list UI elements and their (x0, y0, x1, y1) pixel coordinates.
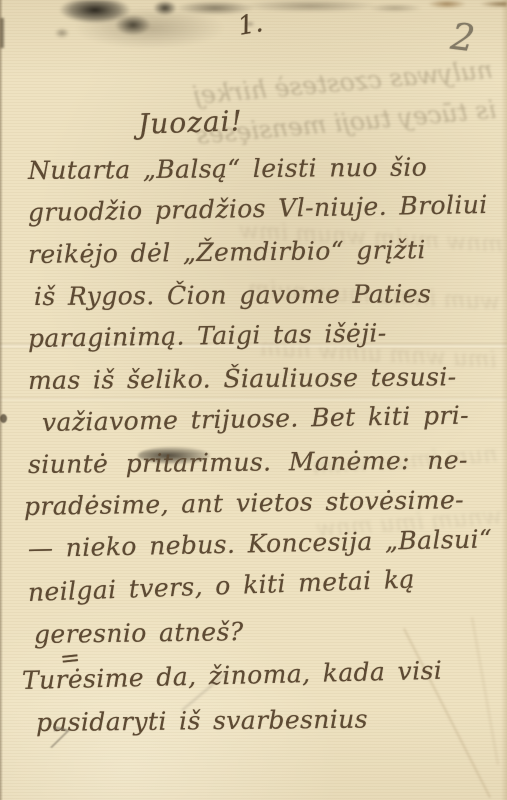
paragraph-dash-mark: = (59, 643, 82, 673)
handwritten-line: geresnio atneš? (34, 607, 503, 656)
handwritten-line: paraginimą. Taigi tas išėji- (28, 311, 503, 360)
letter-page: nulywas czostesè hirkej is tūcey tuoji m… (0, 0, 507, 800)
bleed-through-text: nulywas czostesè hirkej is tūcey tuoji m… (212, 50, 498, 154)
handwritten-line: pasidaryti iš svarbesnius (36, 697, 502, 744)
right-edge-shadow (501, 0, 507, 800)
handwritten-line: reikėjo dėl „Žemdirbio“ grįžti (28, 228, 502, 276)
letter-body: Nutarta „Balsą“ leisti nuo šio gruodžio … (28, 150, 502, 744)
handwritten-line: Turėsime da, žinoma, kada visi (21, 648, 502, 702)
salutation: Juozai! (137, 104, 243, 141)
bleed-through-line: is tūcey tuoji mensięses (216, 90, 498, 154)
page-number-ink: 1. (236, 8, 266, 42)
handwritten-line: gruodžio pradžios Vl-niuje. Broliui (28, 184, 503, 234)
left-edge-shadow (0, 0, 3, 800)
page-number-pencil: 2 (448, 15, 477, 61)
bleed-through-line: nulywas czostesè hirkej (212, 50, 494, 114)
handwritten-line: važiavome trijuose. Bet kiti pri- (42, 394, 503, 444)
